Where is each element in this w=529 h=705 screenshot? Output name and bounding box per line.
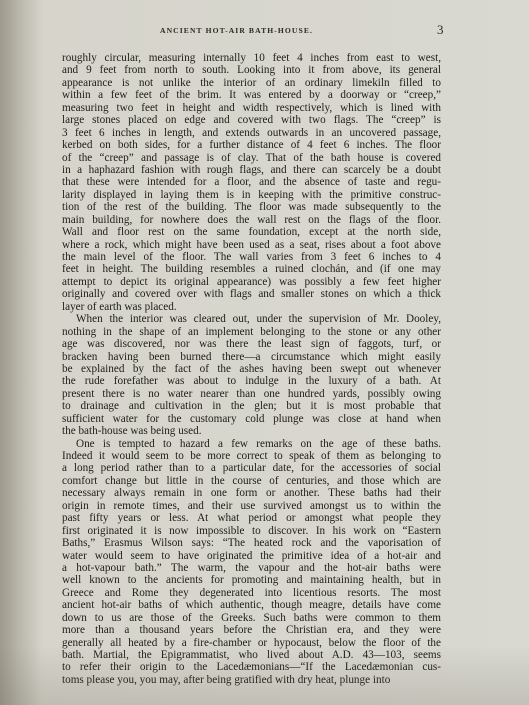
text-line: appearance is not unlike the interior of…	[62, 77, 441, 89]
text-line: main building, for nowhere does the wall…	[62, 214, 441, 226]
text-line: kerbed on both sides, for a further dist…	[62, 139, 441, 151]
paragraph: roughly circular, measuring internally 1…	[62, 52, 441, 313]
text-line: layer of earth was placed.	[62, 301, 441, 313]
text-line: and 9 feet from north to south. Looking …	[62, 64, 441, 76]
text-line: first originated it is now impossible to…	[62, 525, 441, 537]
text-line: more than a thousand years before the Ch…	[62, 624, 441, 636]
text-line: measuring two feet in height and width r…	[62, 102, 441, 114]
text-line: a long period rather than to a particula…	[62, 462, 441, 474]
text-line: be explained by the fact of the ashes ha…	[62, 363, 441, 375]
text-line: tion of the rest of the building. The fl…	[62, 201, 441, 213]
text-line: to drainage and cultivation in the glen;…	[62, 400, 441, 412]
text-line: toms please you, you may, after being gr…	[62, 674, 441, 686]
text-line: feet in height. The building resembles a…	[62, 263, 441, 275]
text-line: down to us are those of the Greeks. Such…	[62, 612, 441, 624]
body-text: roughly circular, measuring internally 1…	[62, 52, 441, 686]
text-line: necessary always remain in one form or a…	[62, 487, 441, 499]
text-line: 3 feet 6 inches in length, and extends o…	[62, 127, 441, 139]
text-line: in a haphazard fashion with rough flags,…	[62, 164, 441, 176]
text-line: large stones placed on edge and covered …	[62, 114, 441, 126]
text-line: Indeed it would seem to be more correct …	[62, 450, 441, 462]
page-number: 3	[437, 22, 444, 38]
text-line: When the interior was cleared out, under…	[62, 313, 441, 325]
text-line: well known to the ancients for promoting…	[62, 574, 441, 586]
text-line: attempt to depict its original appearanc…	[62, 276, 441, 288]
text-line: bracken having been burned there—a circu…	[62, 351, 441, 363]
text-line: where a rock, which might have been used…	[62, 239, 441, 251]
text-line: generally all heated by a fire-chamber o…	[62, 637, 441, 649]
text-line: the bath-house was being used.	[62, 425, 441, 437]
text-line: Baths,” Erasmus Wilson says: “The heated…	[62, 537, 441, 549]
text-line: that these were intended for a floor, an…	[62, 176, 441, 188]
text-line: roughly circular, measuring internally 1…	[62, 52, 441, 64]
text-line: the main level of the floor. The wall va…	[62, 251, 441, 263]
text-line: within a few feet of the brim. It was en…	[62, 89, 441, 101]
page-gutter-shadow	[0, 0, 40, 705]
text-line: sufficient water for the customary cold …	[62, 413, 441, 425]
paragraph: When the interior was cleared out, under…	[62, 313, 441, 437]
paragraph: One is tempted to hazard a few remarks o…	[62, 438, 441, 687]
text-line: nothing in the shape of an implement bel…	[62, 326, 441, 338]
text-line: One is tempted to hazard a few remarks o…	[62, 438, 441, 450]
running-head: ANCIENT HOT-AIR BATH-HOUSE.	[160, 26, 313, 35]
text-line: origin in remote times, and their use su…	[62, 500, 441, 512]
text-line: present there is no water nearer than on…	[62, 388, 441, 400]
text-line: originally and covered over with flags a…	[62, 288, 441, 300]
text-line: water would seem to have originated the …	[62, 550, 441, 562]
text-line: Greece and Rome they degenerated into li…	[62, 587, 441, 599]
text-line: age was discovered, nor was there the le…	[62, 338, 441, 350]
text-line: larity displayed in laying them is in ke…	[62, 189, 441, 201]
text-line: comfort change but little in the course …	[62, 475, 441, 487]
text-line: Wall and floor rest on the same foundati…	[62, 226, 441, 238]
text-line: a hot-vapour bath.” The warm, the vapour…	[62, 562, 441, 574]
text-line: of the “creep” and passage is of clay. T…	[62, 152, 441, 164]
text-line: the rude forefather was about to indulge…	[62, 375, 441, 387]
text-line: past fifty years or less. At what period…	[62, 512, 441, 524]
text-line: bath. Martial, the Epigrammatist, who li…	[62, 649, 441, 661]
text-line: to refer their origin to the Lacedæmonia…	[62, 661, 441, 673]
text-line: ancient hot-air baths of which authentic…	[62, 599, 441, 611]
